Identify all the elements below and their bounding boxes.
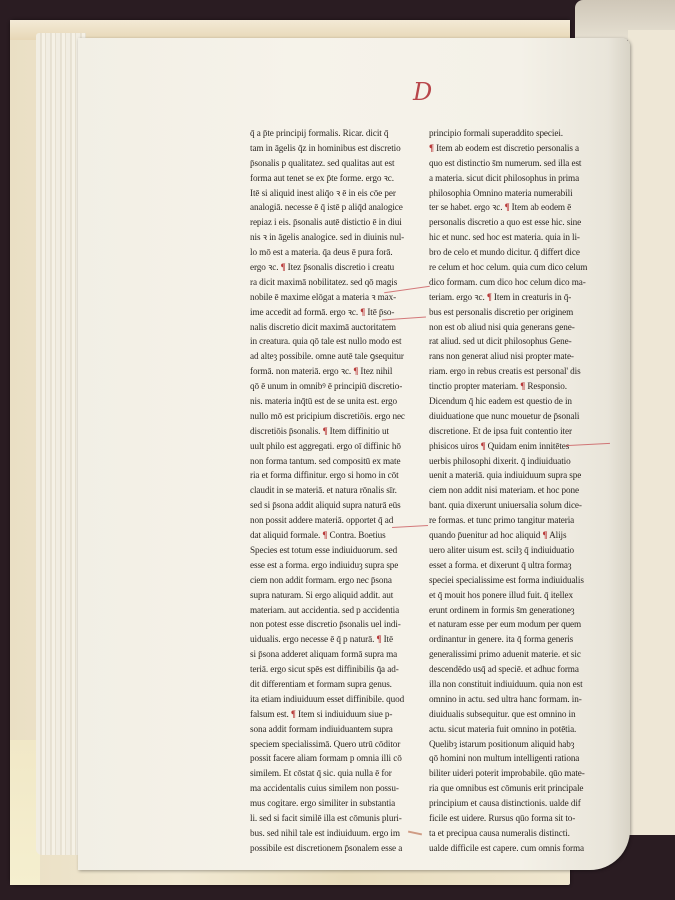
text-line: et naturam esse per eum modum per quem	[429, 617, 605, 632]
text-line: rat aliud. sed ut dicit philosophus Gene…	[429, 334, 605, 349]
text-line: ¶ Item ab eodem est discretio personalis…	[429, 141, 605, 156]
text-line: q̄ a p̄te principij formalis. Ricar. dic…	[250, 126, 426, 141]
text-line: nalis discretio dicit maximā auctoritate…	[250, 320, 426, 335]
text-line: ualde difficile est capere. cum omnis fo…	[429, 841, 605, 856]
paragraph-mark: ¶	[281, 262, 286, 272]
paragraph-mark: ¶	[322, 530, 327, 540]
text-line: ergo ꝛc. ¶ Itez p̄sonalis discretio i cr…	[250, 260, 426, 275]
text-line: ria que omnibus est cōmunis erit princip…	[429, 781, 605, 796]
paragraph-mark: ¶	[323, 426, 328, 436]
text-line: hic et nunc. sed hoc est materia. quia i…	[429, 230, 605, 245]
text-line: repiaz i eis. p̄sonalis autē distictio ē…	[250, 215, 426, 230]
text-line: bro de celo et mundo dicitur. q̄ differt…	[429, 245, 605, 260]
text-line: sed si p̄sona addit aliquid supra naturā…	[250, 498, 426, 513]
text-line: nis ꝛ in āgelis analogice. sed in diuini…	[250, 230, 426, 245]
facing-page-edge	[628, 30, 675, 835]
paragraph-mark: ¶	[377, 634, 382, 644]
text-line: uero aliter uisum est. scilȝ q̄ indiuidu…	[429, 543, 605, 558]
text-line: bus est personalis discretio per origine…	[429, 305, 605, 320]
paragraph-mark: ¶	[481, 441, 486, 451]
text-line: Species est totum esse indiuiduorum. sed	[250, 543, 426, 558]
text-line: ra dicit maximā nobilitatez. sed qō magi…	[250, 275, 426, 290]
text-line: possit facere aliam formam p omnia illi …	[250, 751, 426, 766]
signature-mark: D	[413, 80, 432, 104]
text-line: ma accidentalis cuius similem non possu-	[250, 781, 426, 796]
paragraph-mark: ¶	[429, 143, 434, 153]
text-line: uenit a materiā. quia indiuiduum supra s…	[429, 468, 605, 483]
text-line: sona addit formam indiuiduantem supra	[250, 722, 426, 737]
text-line: phisicos uiros ¶ Quidam enim innitētes	[429, 439, 605, 454]
text-line: ciem non addit formam. ergo nec p̄sona	[250, 573, 426, 588]
text-line: forma aut tenet se ex p̄te forme. ergo ꝛ…	[250, 171, 426, 186]
text-line: lo mō est a materia. q̄a deus ē pura for…	[250, 245, 426, 260]
text-line: omnino in actu. sed ultra hanc formam. i…	[429, 692, 605, 707]
text-line: teriam. ergo ꝛc. ¶ Item in creaturis in …	[429, 290, 605, 305]
paragraph-mark: ¶	[353, 366, 358, 376]
text-line: principio formali superaddito speciei.	[429, 126, 605, 141]
text-line: Quelibȝ istarum positionum aliquid habȝ	[429, 737, 605, 752]
text-line: dat aliquid formale. ¶ Contra. Boetius	[250, 528, 426, 543]
text-line: bus. sed nihil tale est indiuiduum. ergo…	[250, 826, 426, 841]
paragraph-mark: ¶	[520, 381, 525, 391]
text-line: diuiduatione que nunc mouetur de p̄sonal…	[429, 409, 605, 424]
text-line: claudit in se materiā. et natura rōnalis…	[250, 483, 426, 498]
text-line: qō ē unum in omnibꝰ ē principiū discreti…	[250, 379, 426, 394]
text-line: philosophia Omnino materia numerabili	[429, 186, 605, 201]
text-line: erunt ordinem in formis s̄m generationeȝ	[429, 603, 605, 618]
text-line: uidualis. ergo necesse ē q̄ p naturā. ¶ …	[250, 632, 426, 647]
text-line: ciem non addit nisi materiam. et hoc pon…	[429, 483, 605, 498]
text-line: non forma tantum. sed compositū ex mate	[250, 454, 426, 469]
text-line: Dicendum q̄ hic eadem est questio de in	[429, 394, 605, 409]
text-line: uult philo est aggregati. ergo oī diffin…	[250, 439, 426, 454]
text-line: qō homini non multum intelligenti ration…	[429, 751, 605, 766]
text-line: nullo mō est pricipium discretiōis. ergo…	[250, 409, 426, 424]
text-line: mus cogitare. ergo similiter in substant…	[250, 796, 426, 811]
text-line: ordinantur in genere. ita q̄ forma gener…	[429, 632, 605, 647]
text-line: ria et forma diffinitur. ergo si homo in…	[250, 468, 426, 483]
text-line: biliter uideri poterit improbabile. qūo …	[429, 766, 605, 781]
text-column-right: principio formali superaddito speciei.¶ …	[429, 126, 605, 856]
text-line: tinctio propter materiam. ¶ Responsio.	[429, 379, 605, 394]
text-line: ficile est uidere. Rursus qūo forma sit …	[429, 811, 605, 826]
text-line: possibile est discretionem p̄sonalem ess…	[250, 841, 426, 856]
text-line: non potest esse discretio p̄sonalis uel …	[250, 617, 426, 632]
text-column-left: q̄ a p̄te principij formalis. Ricar. dic…	[250, 126, 426, 856]
text-line: discretione. Et de ipsa fuit contentio i…	[429, 424, 605, 439]
text-line: riam. ergo in rebus creatis est personal…	[429, 364, 605, 379]
text-line: quando p̄uenitur ad hoc aliquid ¶ Alijs	[429, 528, 605, 543]
text-line: in creatura. quia qō tale est nullo modo…	[250, 334, 426, 349]
text-line: non est ob aliud nisi quia generans gene…	[429, 320, 605, 335]
text-line: materiam. aut accidentia. sed p accident…	[250, 603, 426, 618]
text-line: generalissimi primo aduenit materie. et …	[429, 647, 605, 662]
text-line: supra naturam. Si ergo aliquid addit. au…	[250, 588, 426, 603]
text-line: teriā. ergo sicut spēs est diffinibilis …	[250, 662, 426, 677]
text-line: similem. Et cōstat q̄ sic. quia nulla ē …	[250, 766, 426, 781]
text-line: falsum est. ¶ Item si indiuiduum siue p-	[250, 707, 426, 722]
text-line: ad alteȝ possibile. omne autē tale ꝯsequ…	[250, 349, 426, 364]
binding-top-edge	[10, 20, 570, 40]
text-line: speciem specialissimā. Quero utrū cōdito…	[250, 737, 426, 752]
text-line: analogiā. necesse ē q̄ istē p aliq̄d ana…	[250, 200, 426, 215]
text-line: dit differentiam et formam supra genus.	[250, 677, 426, 692]
text-line: diuidualis subsequitur. que est omnino i…	[429, 707, 605, 722]
text-line: dico formam. cum dico hoc celum dico ma-	[429, 275, 605, 290]
paragraph-mark: ¶	[505, 202, 510, 212]
text-line: nobile ē maxime elōgat a materia ꝛ max-	[250, 290, 426, 305]
text-line: descendēdo usq̄ ad speciē. et adhuc form…	[429, 662, 605, 677]
text-line: esset a forma. et dixerunt q̄ ultra form…	[429, 558, 605, 573]
paragraph-mark: ¶	[487, 292, 492, 302]
text-line: esse est a forma. ergo indiuiduȝ supra s…	[250, 558, 426, 573]
text-line: re formas. et tunc primo tangitur materi…	[429, 513, 605, 528]
text-line: ta et precipua causa numeralis distincti…	[429, 826, 605, 841]
text-line: tam in āgelis q̄z in hominibus est discr…	[250, 141, 426, 156]
text-line: rans non generat aliud nisi propter mate…	[429, 349, 605, 364]
paragraph-mark: ¶	[543, 530, 548, 540]
text-line: re celum et hoc celum. quia cum dico cel…	[429, 260, 605, 275]
text-line: discretiōis p̄sonalis. ¶ Item diffinitio…	[250, 424, 426, 439]
text-line: a materia. sicut dicit philosophus in pr…	[429, 171, 605, 186]
text-line: li. sed si facit similē illa est cōmunis…	[250, 811, 426, 826]
paragraph-mark: ¶	[291, 709, 296, 719]
text-line: quo est distinctio s̄m numerum. sed illa…	[429, 156, 605, 171]
text-line: ter se habet. ergo ꝛc. ¶ Item ab eodem ē	[429, 200, 605, 215]
text-line: p̄sonalis p qualitatez. sed qualitas aut…	[250, 156, 426, 171]
text-line: formā. non materiā. ergo ꝛc. ¶ Itez nihi…	[250, 364, 426, 379]
text-line: personalis discretio a quo est esse hic.…	[429, 215, 605, 230]
text-line: bant. quia dixerunt uniuersalia solum di…	[429, 498, 605, 513]
text-line: nis. materia inq̄tū est de se unita est.…	[250, 394, 426, 409]
text-line: speciei specialissime est forma indiuidu…	[429, 573, 605, 588]
text-line: illa non constituit indiuiduum. quia non…	[429, 677, 605, 692]
text-line: Itē si aliquid inest aliq̄o ꝛ ē in eis c…	[250, 186, 426, 201]
paragraph-mark: ¶	[360, 307, 365, 317]
text-line: uerbis philosophi dixerit. q̄ indiuiduat…	[429, 454, 605, 469]
text-line: actu. sicut materia fuit omnino in potēt…	[429, 722, 605, 737]
text-line: principium et causa distinctionis. ualde…	[429, 796, 605, 811]
text-line: si p̄sona adderet aliquam formā supra ma	[250, 647, 426, 662]
text-line: ita etiam indiuiduum esset diffinibile. …	[250, 692, 426, 707]
text-line: et q̄ mouit hos ponere illud fuit. q̄ it…	[429, 588, 605, 603]
